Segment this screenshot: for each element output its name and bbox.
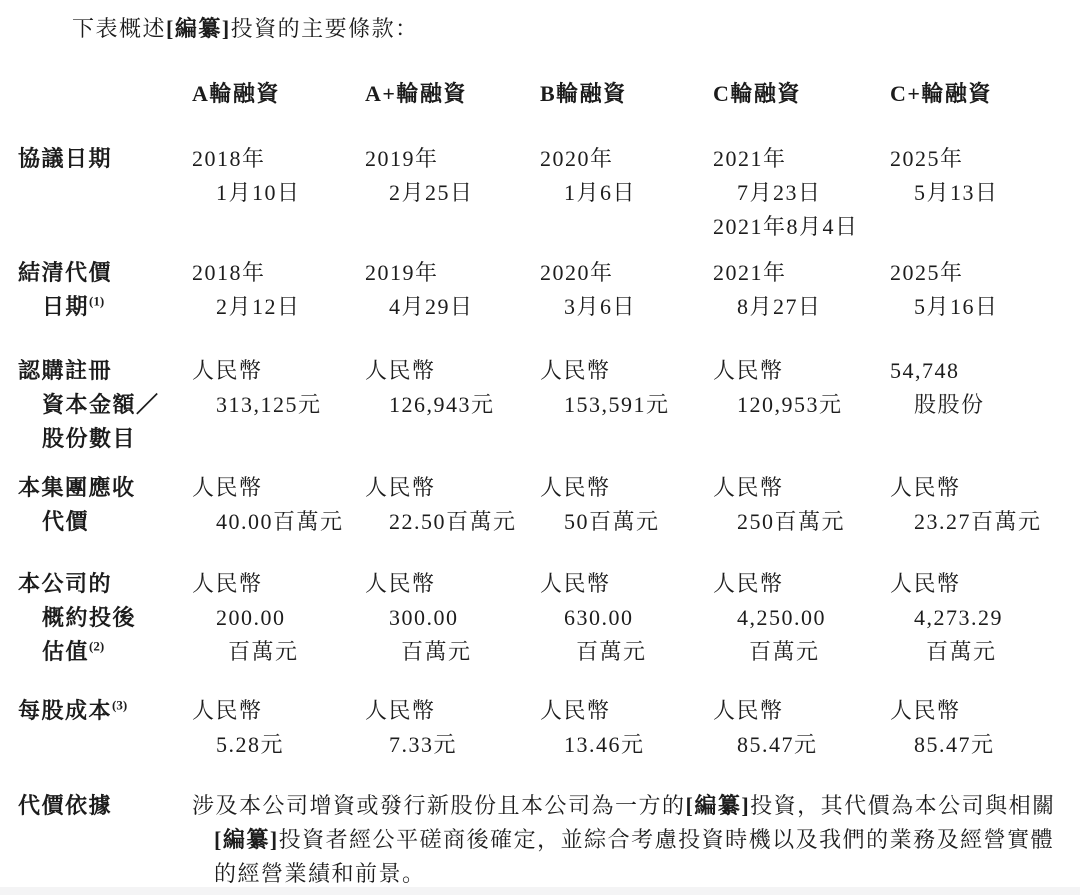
redacted-tag: [編纂] — [166, 16, 231, 41]
table-row-agreement-date: 協議日期 2018年 1月10日 2019年 2月25日 2020年 1月6日 … — [18, 142, 1070, 244]
cell-round-b: 2020年 1月6日 — [540, 142, 713, 244]
row-label-cost-per-share: 每股成本(3) — [18, 694, 192, 762]
row-label-group-consideration: 本集團應收 代價 — [18, 471, 192, 539]
consideration-basis-text: 涉及本公司增資或發行新股份且本公司為一方的[編纂]投資，其代價為本公司與相關[編… — [192, 789, 1070, 891]
cell-round-a-plus: 人民幣 300.00 百萬元 — [365, 567, 540, 669]
table-row-subscribed-capital: 認購註冊 資本金額／ 股份數目 人民幣 313,125元 人民幣 126,943… — [18, 354, 1070, 456]
cell-round-c: 人民幣 85.47元 — [713, 694, 890, 762]
basis-segment: 投資者經公平磋商後確定，並綜合考慮投資時機以及我們的業務及經營實體的經營業績和前… — [214, 827, 1054, 886]
cell-round-c-plus: 2025年 5月16日 — [890, 256, 1070, 324]
cell-round-c: 2021年 8月27日 — [713, 256, 890, 324]
cell-round-c: 人民幣 4,250.00 百萬元 — [713, 567, 890, 669]
intro-sentence: 下表概述[編纂]投資的主要條款： — [72, 12, 1070, 46]
column-header-round-b: B輪融資 — [540, 77, 713, 111]
column-header-round-c-plus: C+輪融資 — [890, 77, 1070, 111]
cell-round-b: 2020年 3月6日 — [540, 256, 713, 324]
cell-round-a: 人民幣 313,125元 — [192, 354, 365, 456]
cell-round-a-plus: 人民幣 22.50百萬元 — [365, 471, 540, 539]
table-row-cost-per-share: 每股成本(3) 人民幣 5.28元 人民幣 7.33元 人民幣 13.46元 人… — [18, 694, 1070, 762]
row-label-post-money-valuation: 本公司的 概約投後 估值(2) — [18, 567, 192, 669]
page-bottom-edge — [0, 887, 1080, 895]
row-label-settlement-date: 結清代價 日期(1) — [18, 256, 192, 324]
footnote-ref-1: (1) — [89, 294, 104, 309]
cell-round-b: 人民幣 50百萬元 — [540, 471, 713, 539]
intro-suffix: 投資的主要條款： — [231, 16, 419, 41]
table-row-post-money-valuation: 本公司的 概約投後 估值(2) 人民幣 200.00 百萬元 人民幣 300.0… — [18, 567, 1070, 669]
table-header-row: A輪融資 A+輪融資 B輪融資 C輪融資 C+輪融資 — [18, 77, 1070, 111]
row-label-subscribed-capital: 認購註冊 資本金額／ 股份數目 — [18, 354, 192, 456]
cell-round-b: 人民幣 13.46元 — [540, 694, 713, 762]
basis-segment: 投資，其代價為本公司與相關 — [750, 793, 1056, 818]
header-spacer — [18, 77, 192, 111]
cell-round-a: 人民幣 5.28元 — [192, 694, 365, 762]
cell-round-c-plus: 人民幣 85.47元 — [890, 694, 1070, 762]
cell-round-a: 2018年 2月12日 — [192, 256, 365, 324]
document-page: 下表概述[編纂]投資的主要條款： A輪融資 A+輪融資 B輪融資 C輪融資 C+… — [0, 0, 1080, 891]
cell-round-c: 2021年 7月23日 2021年8月4日 — [713, 142, 890, 244]
column-header-round-a: A輪融資 — [192, 77, 365, 111]
cell-round-c-plus: 2025年 5月13日 — [890, 142, 1070, 244]
cell-round-c-plus: 54,748 股股份 — [890, 354, 1070, 456]
table-row-settlement-date: 結清代價 日期(1) 2018年 2月12日 2019年 4月29日 2020年… — [18, 256, 1070, 324]
footnote-ref-2: (2) — [89, 639, 104, 654]
cell-round-b: 人民幣 153,591元 — [540, 354, 713, 456]
cell-round-a-plus: 人民幣 7.33元 — [365, 694, 540, 762]
cell-round-a: 人民幣 200.00 百萬元 — [192, 567, 365, 669]
row-label-consideration-basis: 代價依據 — [18, 789, 192, 891]
table-row-group-consideration: 本集團應收 代價 人民幣 40.00百萬元 人民幣 22.50百萬元 人民幣 5… — [18, 471, 1070, 539]
cell-round-c: 人民幣 250百萬元 — [713, 471, 890, 539]
cell-round-c: 人民幣 120,953元 — [713, 354, 890, 456]
footnote-ref-3: (3) — [112, 698, 127, 713]
row-label-agreement-date: 協議日期 — [18, 142, 192, 244]
redacted-tag: [編纂] — [214, 827, 279, 852]
cell-round-b: 人民幣 630.00 百萬元 — [540, 567, 713, 669]
cell-round-a: 2018年 1月10日 — [192, 142, 365, 244]
basis-segment: 涉及本公司增資或發行新股份且本公司為一方的 — [192, 793, 686, 818]
intro-prefix: 下表概述 — [72, 16, 166, 41]
cell-round-c-plus: 人民幣 4,273.29 百萬元 — [890, 567, 1070, 669]
table-row-consideration-basis: 代價依據 涉及本公司增資或發行新股份且本公司為一方的[編纂]投資，其代價為本公司… — [18, 789, 1070, 891]
cell-round-a: 人民幣 40.00百萬元 — [192, 471, 365, 539]
cell-round-c-plus: 人民幣 23.27百萬元 — [890, 471, 1070, 539]
column-header-round-c: C輪融資 — [713, 77, 890, 111]
column-header-round-a-plus: A+輪融資 — [365, 77, 540, 111]
cell-round-a-plus: 2019年 2月25日 — [365, 142, 540, 244]
cell-round-a-plus: 人民幣 126,943元 — [365, 354, 540, 456]
cell-round-a-plus: 2019年 4月29日 — [365, 256, 540, 324]
redacted-tag: [編纂] — [686, 793, 751, 818]
